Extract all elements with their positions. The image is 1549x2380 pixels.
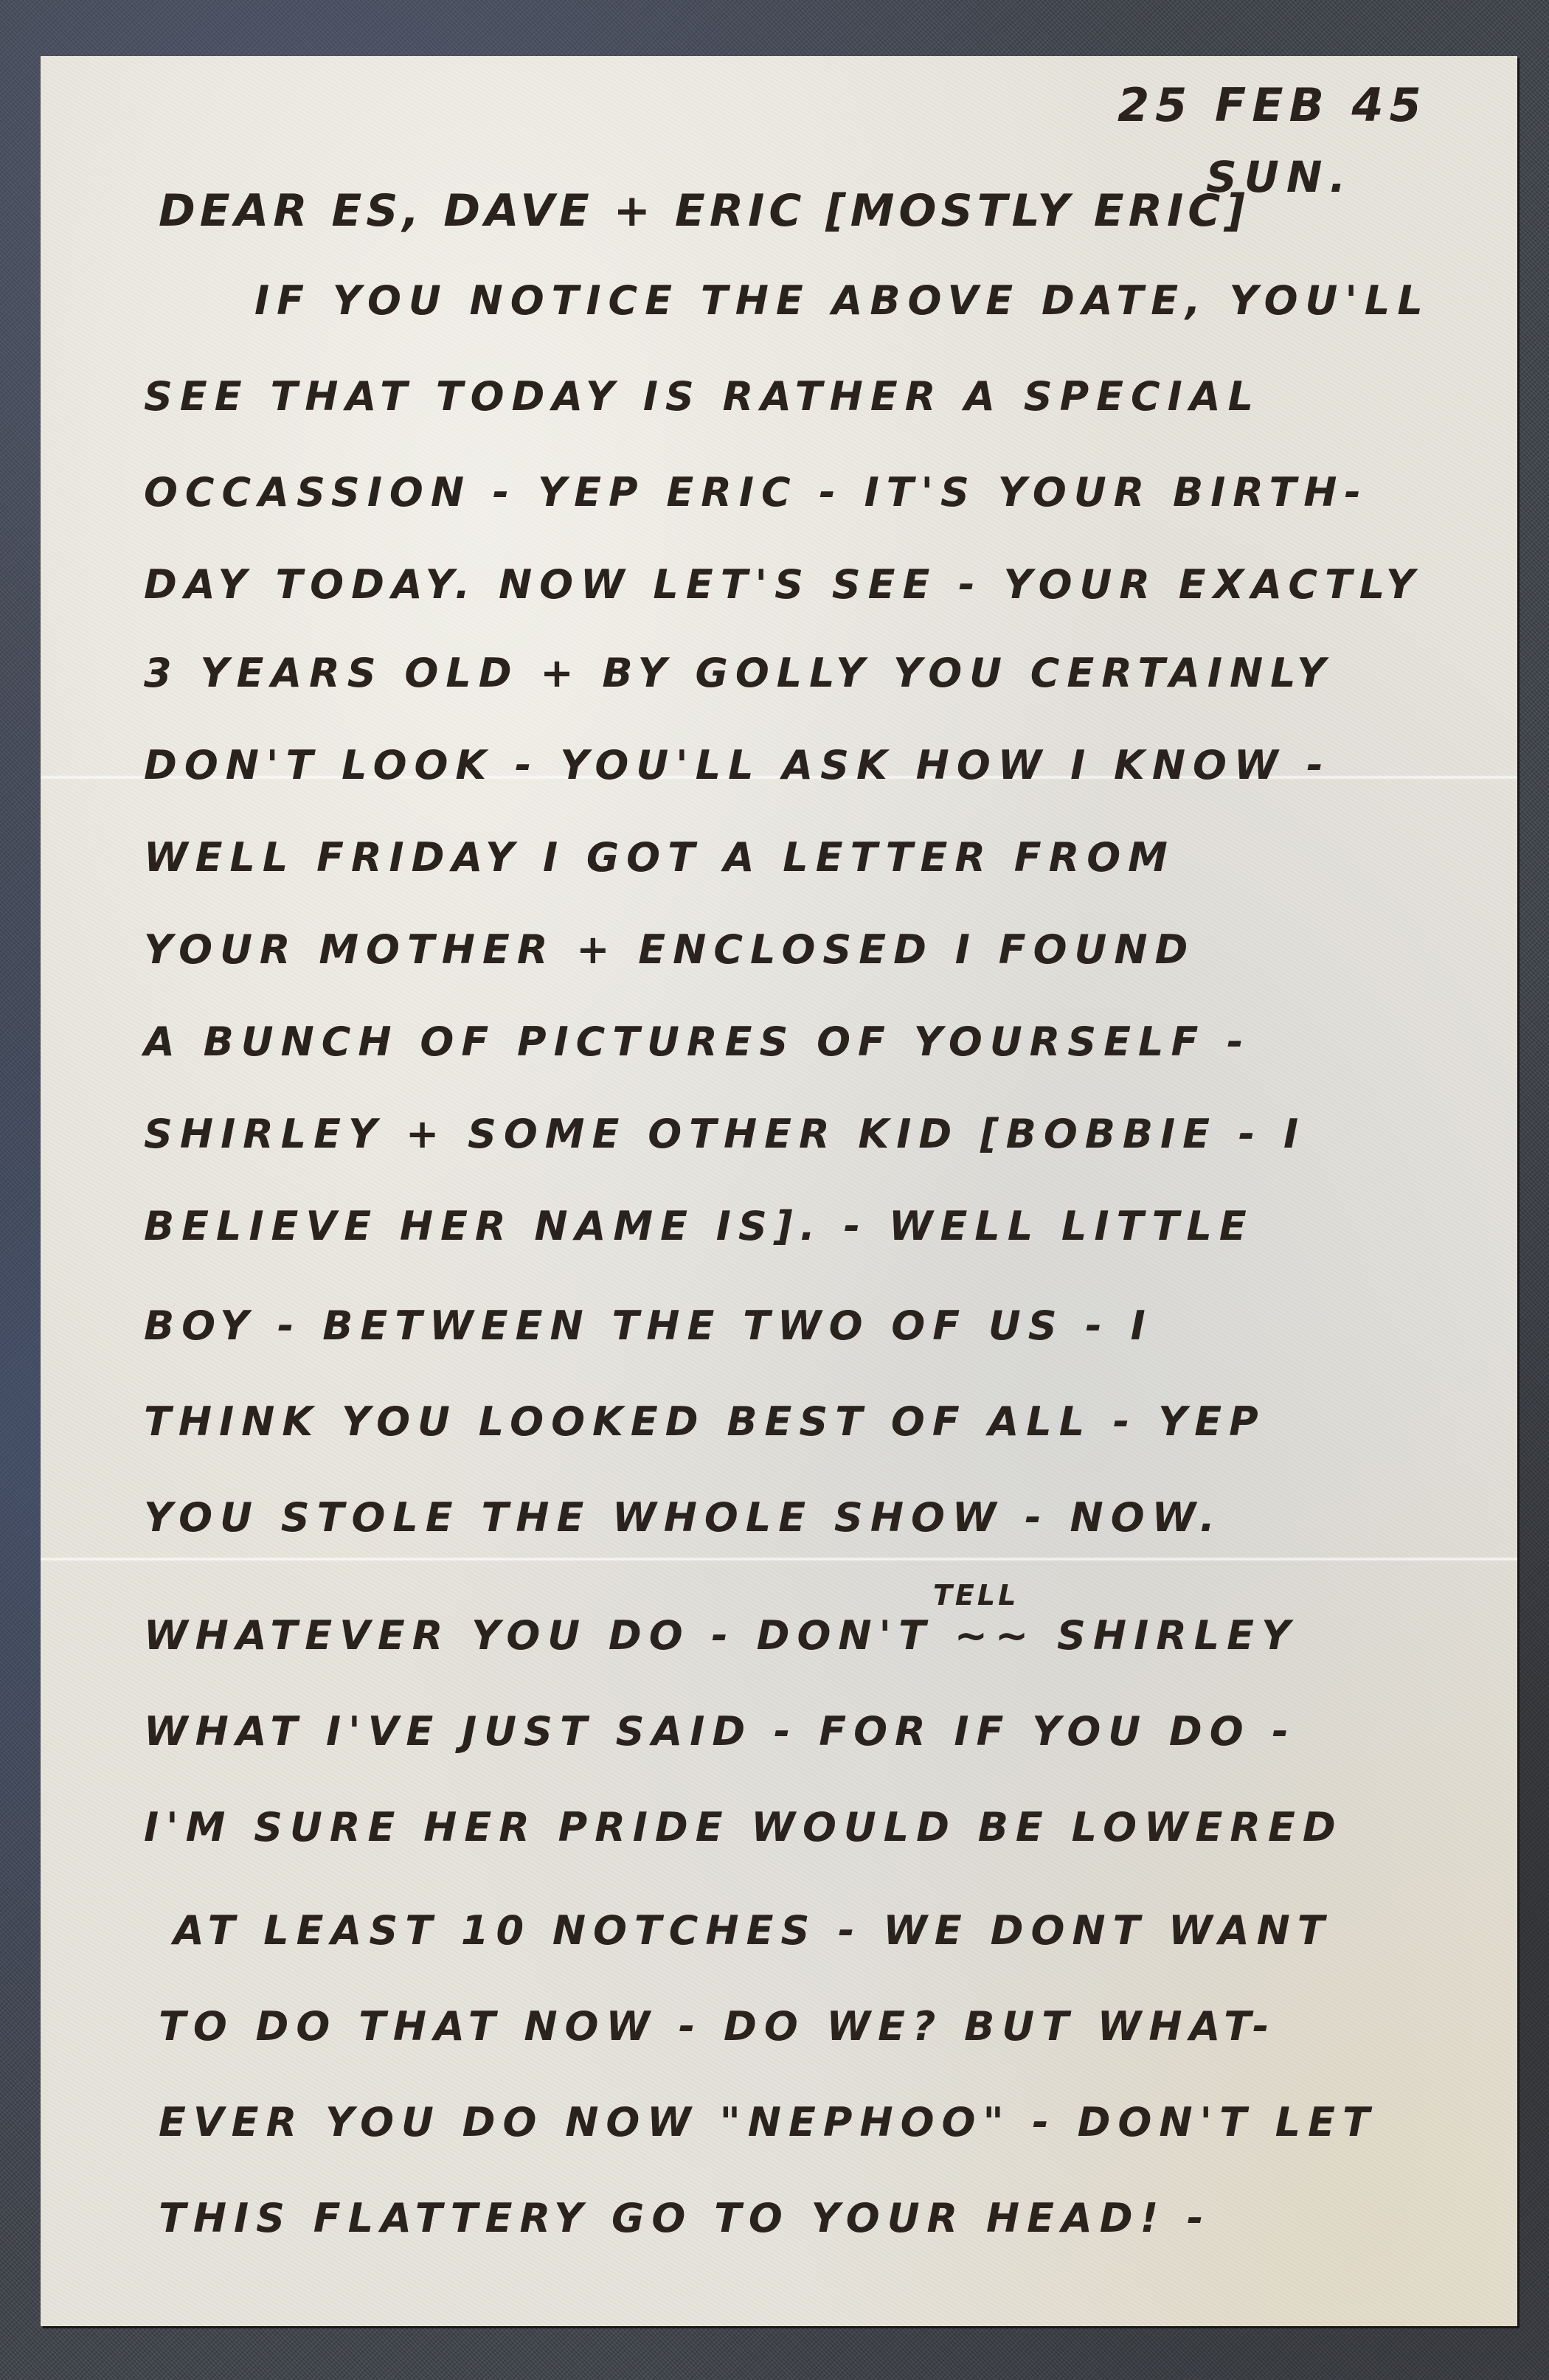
letter-line: WHATEVER YOU DO - DON'T ~~ SHIRLEY (144, 1612, 1297, 1659)
letter-line: TO DO THAT NOW - DO WE? BUT WHAT- (159, 2003, 1276, 2050)
letter-line: BOY - BETWEEN THE TWO OF US - I (144, 1302, 1153, 1349)
letter-line: WELL FRIDAY I GOT A LETTER FROM (144, 834, 1175, 881)
paper-fold-crease (41, 1557, 1517, 1561)
letter-paper: 25 FEB 45 SUN. DEAR ES, DAVE + ERIC [MOS… (41, 56, 1517, 2326)
letter-line: DON'T LOOK - YOU'LL ASK HOW I KNOW - (144, 742, 1331, 788)
letter-line: I'M SURE HER PRIDE WOULD BE LOWERED (144, 1804, 1343, 1850)
letter-line: WHAT I'VE JUST SAID - FOR IF YOU DO - (144, 1708, 1296, 1755)
letter-line: AT LEAST 10 NOTCHES - WE DONT WANT (173, 1907, 1332, 1954)
letter-line: A BUNCH OF PICTURES OF YOURSELF - (144, 1019, 1251, 1065)
letter-date: 25 FEB 45 (1117, 78, 1427, 132)
letter-line: EVER YOU DO NOW "NEPHOO" - DON'T LET (159, 2099, 1377, 2145)
letter-line: DAY TODAY. NOW LET'S SEE - YOUR EXACTLY (144, 561, 1422, 608)
letter-line: SEE THAT TODAY IS RATHER A SPECIAL (144, 373, 1261, 420)
letter-line: THIS FLATTERY GO TO YOUR HEAD! - (159, 2195, 1210, 2241)
letter-salutation: DEAR ES, DAVE + ERIC [MOSTLY ERIC] (159, 185, 1250, 237)
letter-line: BELIEVE HER NAME IS]. - WELL LITTLE (144, 1203, 1254, 1249)
letter-line: 3 YEARS OLD + BY GOLLY YOU CERTAINLY (144, 650, 1333, 696)
letter-line: YOU STOLE THE WHOLE SHOW - NOW. (144, 1494, 1222, 1541)
letter-line: IF YOU NOTICE THE ABOVE DATE, YOU'LL (254, 277, 1430, 324)
letter-line: YOUR MOTHER + ENCLOSED I FOUND (144, 926, 1195, 973)
letter-line: THINK YOU LOOKED BEST OF ALL - YEP (144, 1398, 1266, 1445)
letter-line: OCCASSION - YEP ERIC - IT'S YOUR BIRTH- (144, 469, 1368, 516)
letter-insertion-tell: TELL (933, 1579, 1019, 1611)
letter-line: SHIRLEY + SOME OTHER KID [BOBBIE - I (144, 1111, 1306, 1157)
